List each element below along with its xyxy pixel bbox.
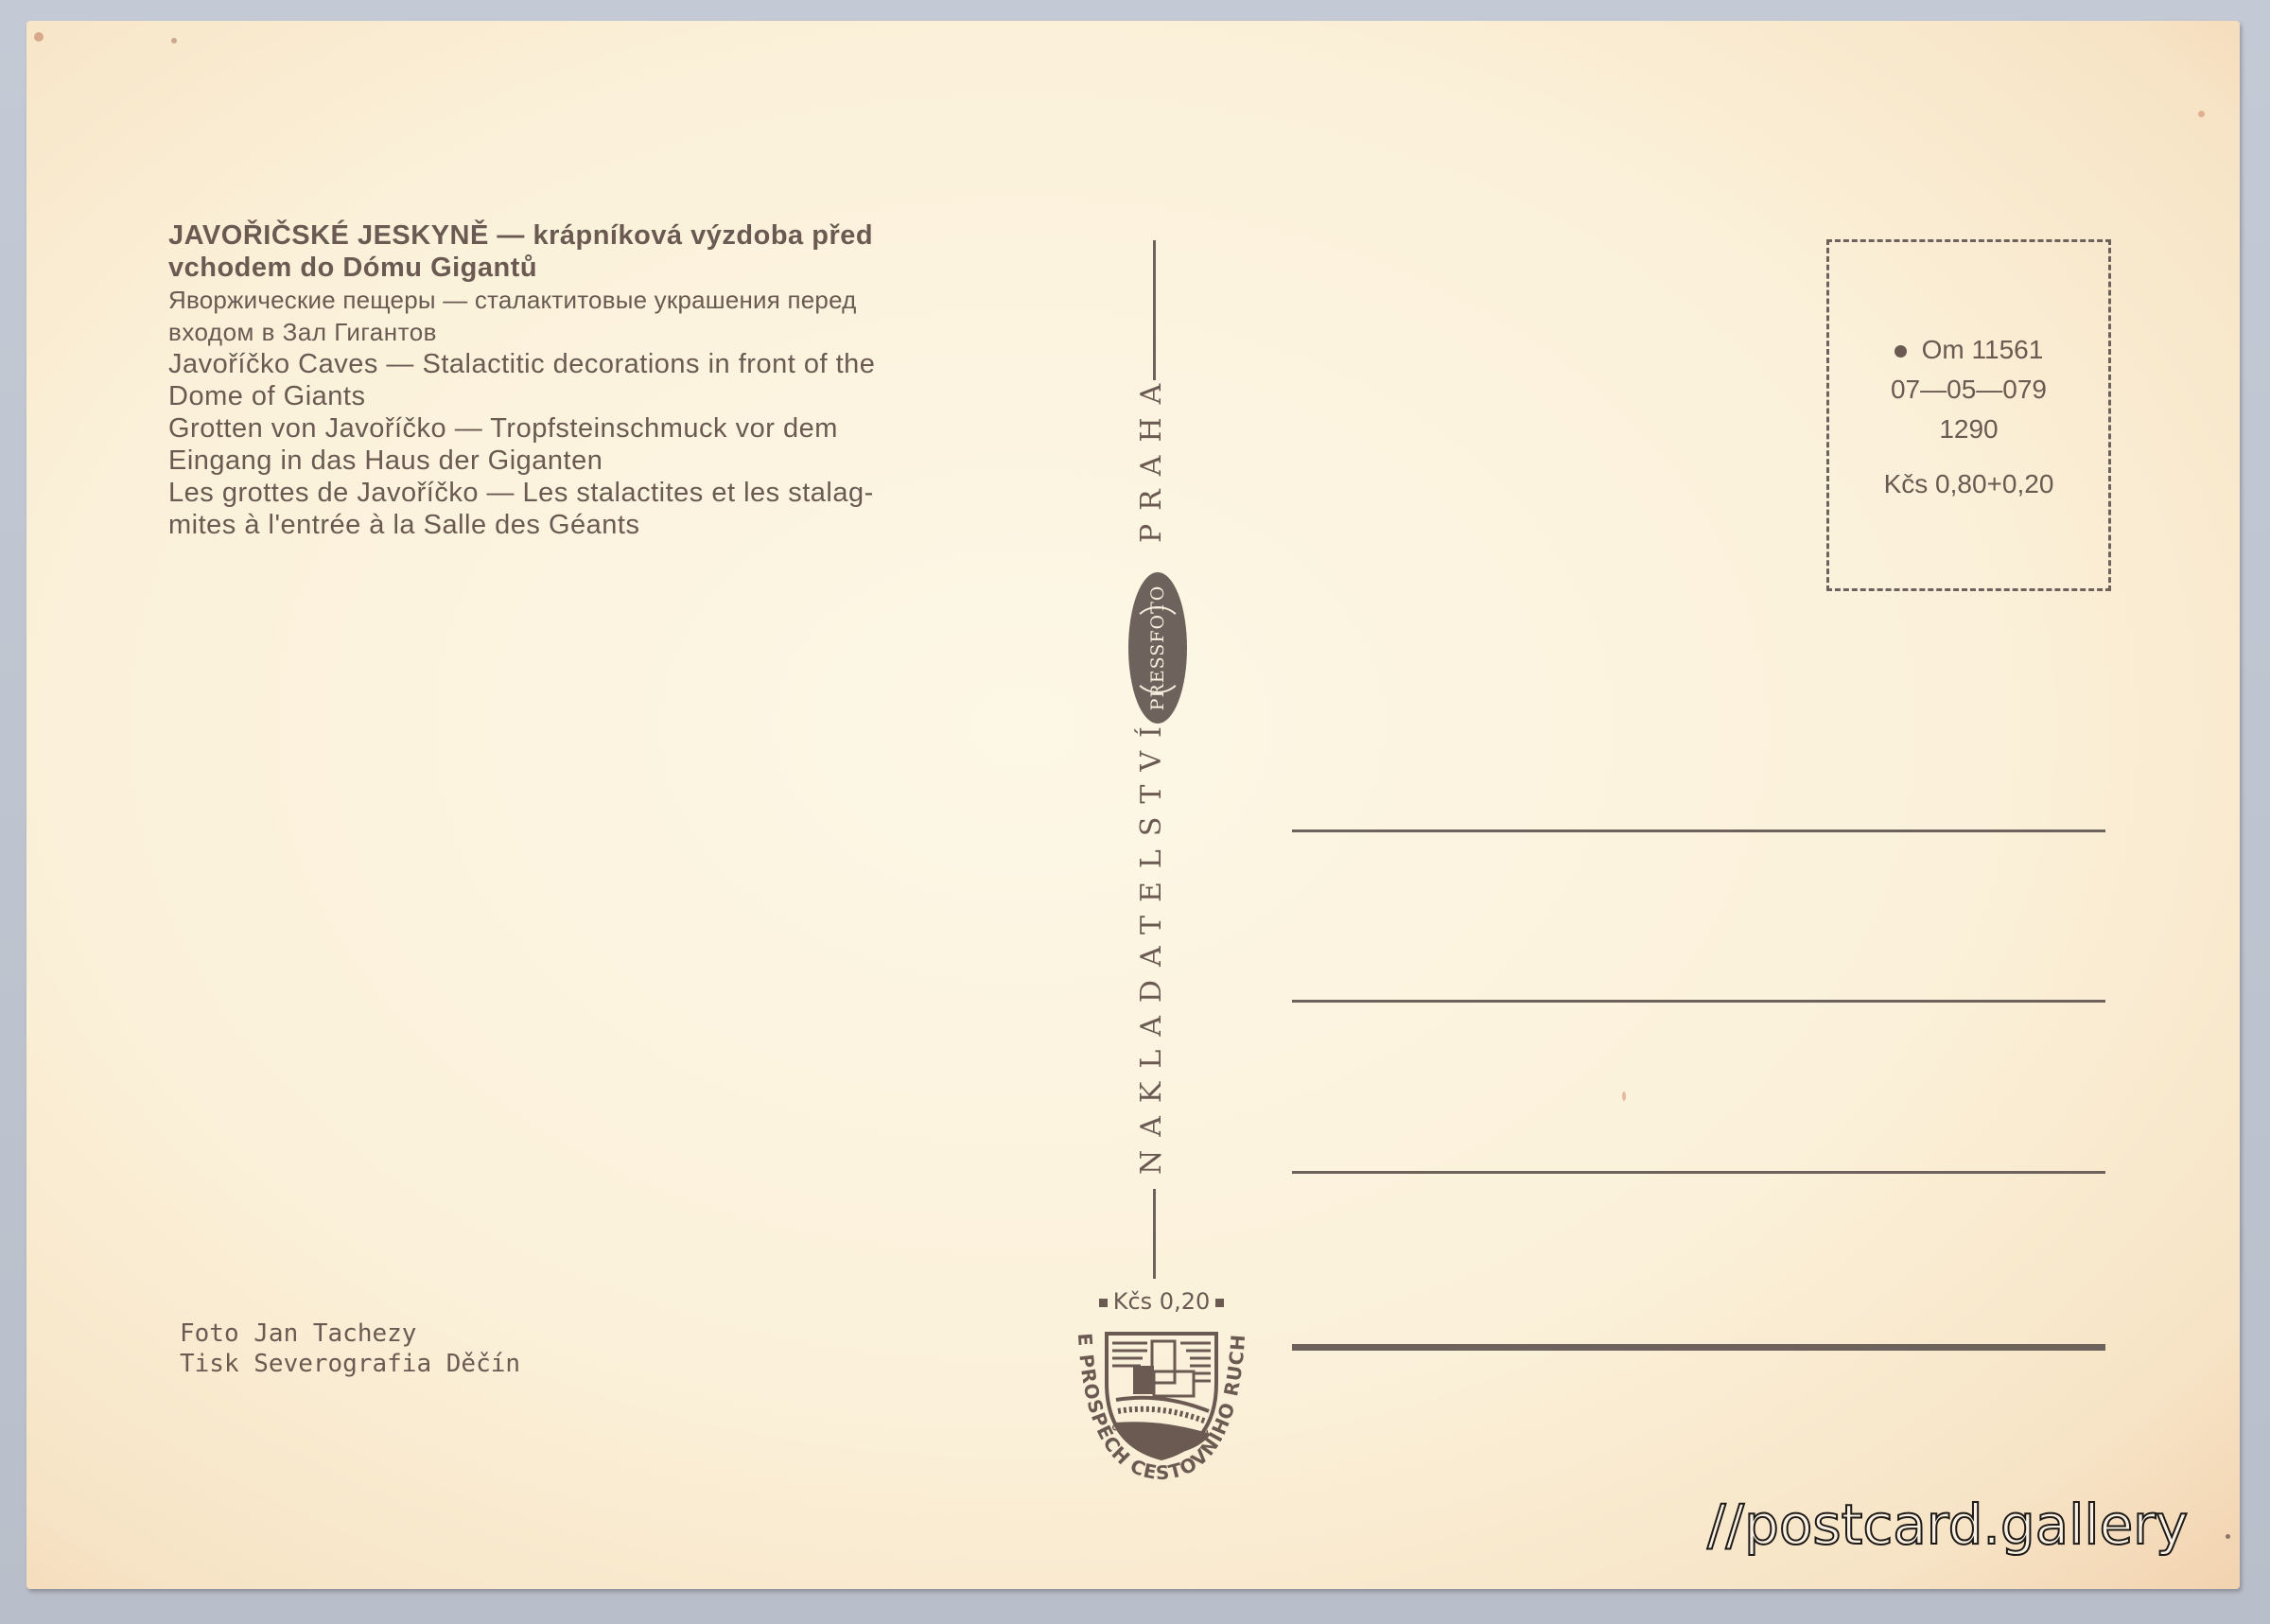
watermark: //postcard.gallery (1707, 1493, 2188, 1557)
publisher-name: NAKLADATELSTVÍ (1135, 713, 1168, 1175)
stamp-price: Kčs 0,80+0,20 (1829, 469, 2108, 499)
stamp-number: 07—05—079 (1829, 375, 2108, 405)
castle-shield-icon: VE PROSPĚCH CESTOVNÍHO RUCHU (1057, 1279, 1266, 1496)
caption-german-line-2: Eingang in das Haus der Giganten (168, 445, 1076, 477)
caption-english-line-2: Dome of Giants (168, 380, 1076, 412)
caption-german-line-1: Grotten von Javoříčko — Tropfsteinschmuc… (168, 412, 1076, 445)
bullet-dot-icon (1895, 345, 1907, 358)
tourism-seal: Kčs 0,20 VE PROSPĚCH CESTOVNÍHO RUCHU (1057, 1279, 1266, 1496)
caption-block: JAVOŘIČSKÉ JESKYNĚ — krápníková výzdoba … (168, 219, 1076, 541)
caption-french-line-1: Les grottes de Javoříčko — Les stalactit… (168, 477, 1076, 509)
credits: Foto Jan Tachezy Tisk Severografia Děčín (180, 1318, 520, 1379)
stamp-box: Om 11561 07—05—079 1290 Kčs 0,80+0,20 (1826, 239, 2111, 591)
address-line-4 (1292, 1344, 2105, 1351)
caption-czech-rest: — krápníková výzdoba před (489, 220, 873, 251)
divider-line-top (1153, 240, 1156, 380)
address-line-2 (1292, 1000, 2105, 1003)
stamp-code: Om 11561 (1829, 335, 2108, 365)
caption-russian-line-2: входом в Зал Гигантов (168, 316, 1076, 348)
address-line-3 (1292, 1171, 2105, 1174)
stamp-code-text: Om 11561 (1922, 335, 2044, 364)
postcard-back: JAVOŘIČSKÉ JESKYNĚ — krápníková výzdoba … (26, 21, 2240, 1589)
stamp-sub-number: 1290 (1829, 414, 2108, 445)
print-credit: Tisk Severografia Děčín (180, 1349, 520, 1379)
caption-french-line-2: mites à l'entrée à la Salle des Géants (168, 509, 1076, 541)
divider-line-bottom (1153, 1189, 1156, 1279)
caption-czech-line-2: vchodem do Dómu Gigantů (168, 252, 1076, 284)
address-line-1 (1292, 829, 2105, 832)
caption-czech-line-1: JAVOŘIČSKÉ JESKYNĚ — krápníková výzdoba … (168, 219, 1076, 252)
caption-english-line-1: Javoříčko Caves — Stalactitic decoration… (168, 348, 1076, 380)
pressfoto-logo: PRESSFOTO (1128, 572, 1187, 724)
photo-credit: Foto Jan Tachezy (180, 1318, 520, 1349)
publisher-city: PRAHA (1135, 371, 1168, 543)
pressfoto-label: PRESSFOTO (1147, 585, 1168, 711)
caption-title: JAVOŘIČSKÉ JESKYNĚ (168, 220, 489, 251)
caption-russian-line-1: Яворжические пещеры — сталактитовые укра… (168, 284, 1076, 316)
